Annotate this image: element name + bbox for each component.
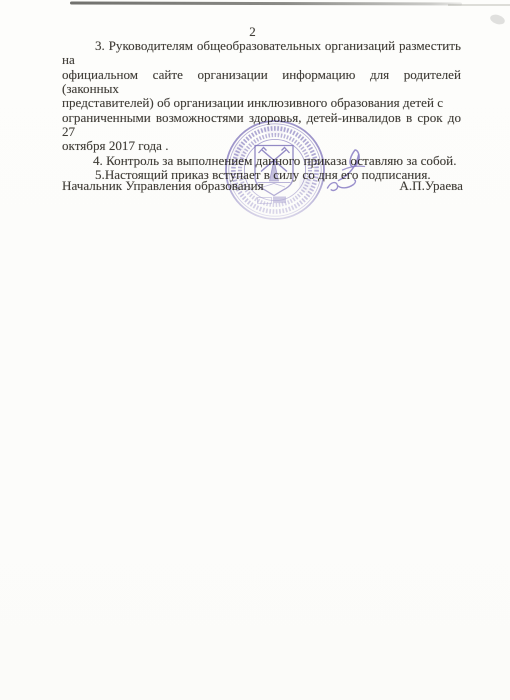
signatory-name: А.П.Ураева [399,178,463,193]
official-stamp [218,112,333,224]
scanned-document-page: 2 3. Руководителям общеобразовательных о… [0,0,510,700]
round-seal-icon [218,112,333,224]
scan-edge-artifact [70,1,462,5]
signature-icon [318,138,386,204]
paragraph-3-line-3: представителей) об организации инклюзивн… [62,96,461,110]
signature [318,138,386,204]
page-number: 2 [0,24,505,39]
seal-bottom-plaque [273,197,286,204]
paragraph-3-line-2: официальном сайте организации информацию… [62,68,461,97]
paragraph-3-line-1: 3. Руководителям общеобразовательных орг… [62,39,461,68]
scan-edge-artifact-faint [448,4,510,6]
